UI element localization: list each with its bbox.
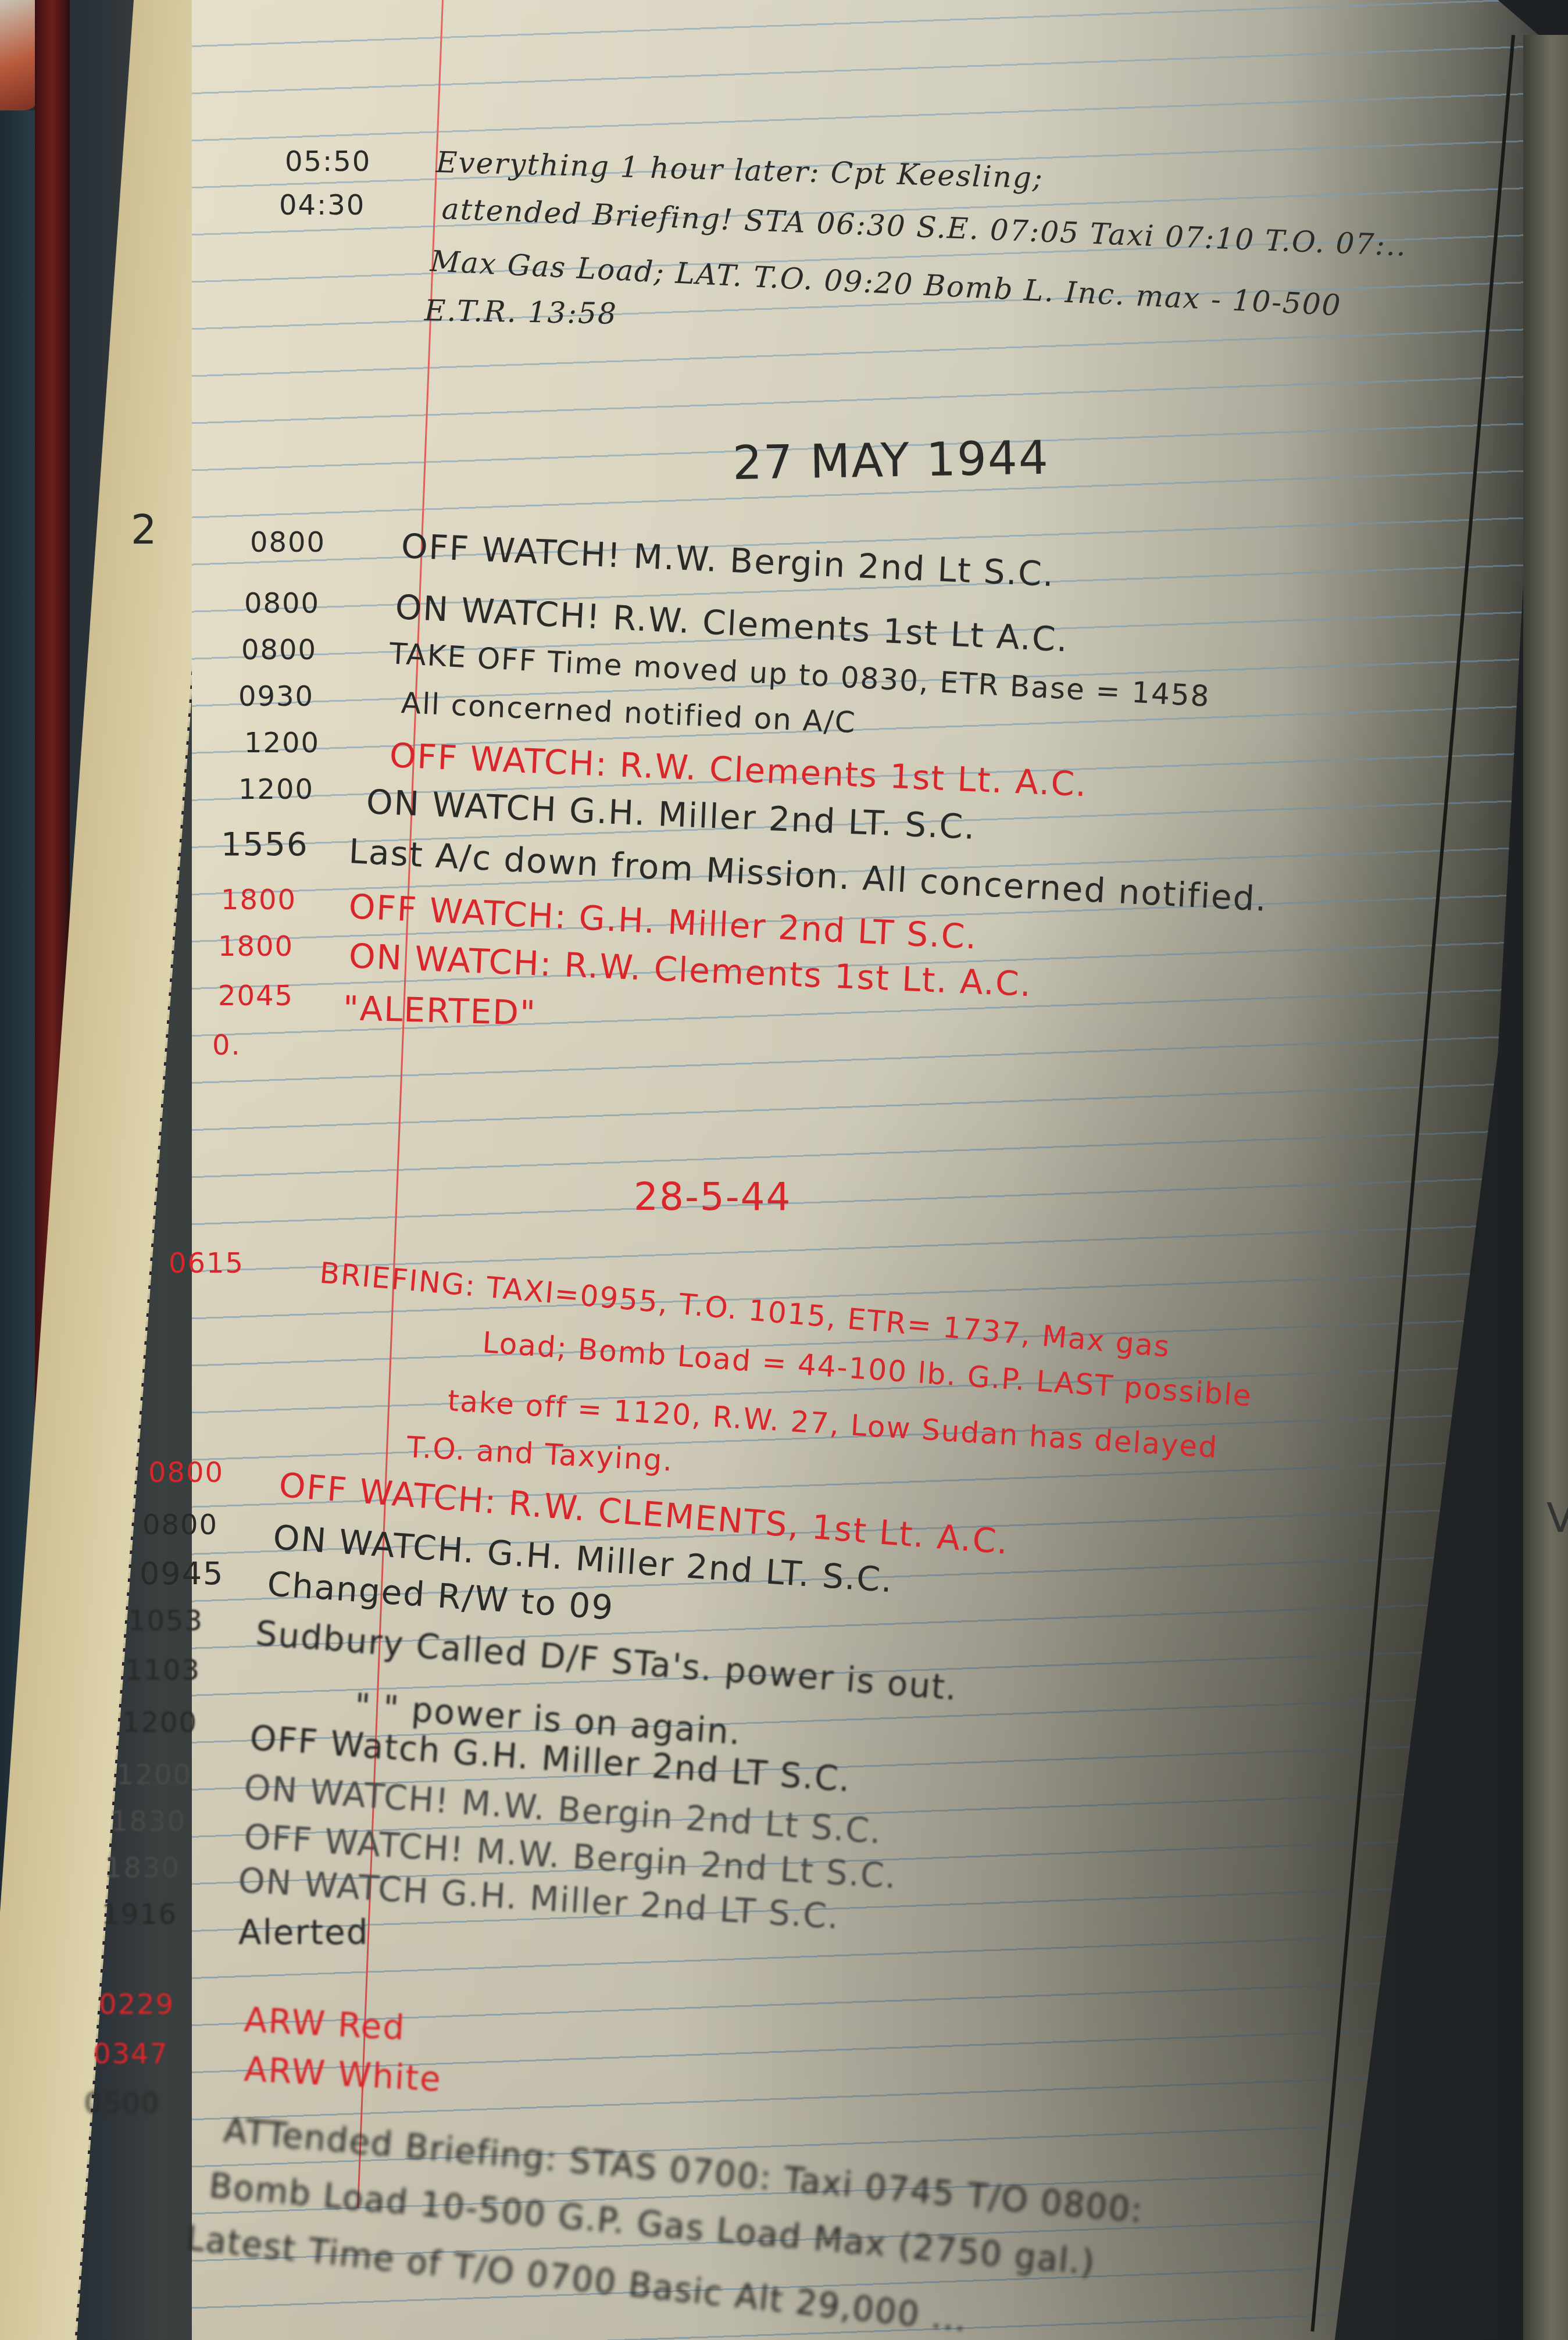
log-page <box>192 0 1552 2340</box>
entry-time: 1200 <box>244 727 320 759</box>
entry-time: 0229 <box>99 1988 174 2021</box>
entry-time: 1103 <box>125 1654 201 1687</box>
entry-text: E.T.R. 13:58 <box>424 294 617 331</box>
entry-time: 0800 <box>142 1509 218 1541</box>
entry-time: 1830 <box>105 1852 180 1884</box>
entry-time: 1200 <box>238 773 314 806</box>
entry-time: 0930 <box>238 680 314 713</box>
entry-time: 1200 <box>122 1706 198 1739</box>
entry-time: 0945 <box>140 1555 224 1592</box>
photo-scene: V 2 05:50 Everything 1 hour later: Cpt K… <box>0 0 1568 2340</box>
entry-time: 04:30 <box>279 189 365 222</box>
entry-time: 1800 <box>218 930 294 963</box>
entry-time: 0347 <box>93 2038 169 2070</box>
entry-text: "ALERTED" <box>342 988 537 1033</box>
entry-time: 0. <box>212 1029 241 1062</box>
entry-time: 1800 <box>221 884 297 916</box>
entry-time: 0615 <box>169 1247 244 1280</box>
entry-time: 1830 <box>110 1805 186 1838</box>
entry-text: Alerted <box>238 1913 369 1952</box>
entry-time: 0800 <box>241 634 317 666</box>
entry-time: 1200 <box>116 1759 192 1791</box>
date-heading: 28-5-44 <box>634 1174 792 1219</box>
entry-text: ARW Red <box>243 2000 406 2048</box>
facing-page-edge <box>1523 35 1568 2340</box>
margin-mark: 2 <box>131 506 158 553</box>
ruled-lines <box>192 0 1552 2340</box>
facing-page-mark: V <box>1546 1494 1568 1542</box>
entry-time: 1556 <box>221 826 309 863</box>
entry-time: 0500 <box>84 2087 160 2120</box>
entry-time: 0800 <box>148 1456 224 1489</box>
entry-time: 1053 <box>128 1605 203 1637</box>
date-heading: 27 MAY 1944 <box>732 431 1049 490</box>
entry-time: 0800 <box>244 587 320 620</box>
entry-time: 05:50 <box>285 145 371 178</box>
entry-time: 2045 <box>218 980 294 1012</box>
entry-time: 0800 <box>250 526 326 559</box>
entry-time: 1916 <box>102 1898 177 1931</box>
